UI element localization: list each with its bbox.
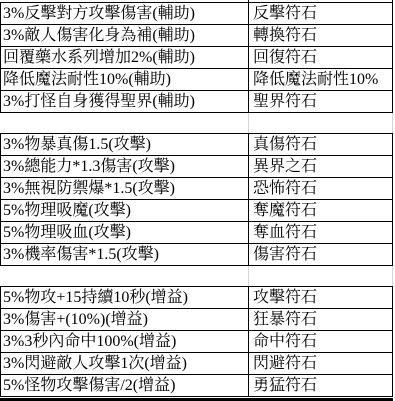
effect-cell[interactable]: 3%3秒內命中100%(增益) bbox=[1, 331, 248, 352]
table-row: 回覆藥水系列增加2%(輔助)回復符石 bbox=[1, 47, 392, 69]
table-row: 3%敵人傷害化身為補(輔助)轉換符石 bbox=[1, 25, 392, 47]
gap-right-area bbox=[248, 266, 393, 286]
table-row: 3%閃避敵人攻擊1次(增益)閃避符石 bbox=[1, 353, 392, 375]
table-row: 3%無視防禦爆*1.5(攻擊)恐怖符石 bbox=[1, 178, 392, 200]
gap-right-area bbox=[248, 113, 393, 133]
gap-left-area bbox=[0, 113, 248, 133]
table-section-auxiliary: 3%反擊對方攻擊傷害(輔助)反擊符石3%敵人傷害化身為補(輔助)轉換符石回覆藥水… bbox=[0, 2, 393, 113]
section-gap bbox=[0, 113, 393, 133]
effect-cell[interactable]: 3%機率傷害*1.5(攻擊) bbox=[1, 244, 248, 265]
effect-cell[interactable]: 3%反擊對方攻擊傷害(輔助) bbox=[1, 3, 248, 24]
table-row: 5%怪物攻擊傷害/2(增益)勇猛符石 bbox=[1, 375, 392, 397]
table-row: 3%3秒內命中100%(增益)命中符石 bbox=[1, 331, 392, 353]
runestone-cell[interactable]: 奪血符石 bbox=[248, 222, 392, 243]
runestone-cell[interactable]: 奪魔符石 bbox=[248, 200, 392, 221]
runestone-cell[interactable]: 勇猛符石 bbox=[248, 375, 392, 396]
table-row: 3%傷害+(10%)(增益)狂暴符石 bbox=[1, 309, 392, 331]
table-row: 5%物攻+15持續10秒(增益)攻擊符石 bbox=[1, 287, 392, 309]
effect-cell[interactable]: 3%物暴真傷1.5(攻擊) bbox=[1, 134, 248, 155]
table-row: 3%機率傷害*1.5(攻擊)傷害符石 bbox=[1, 244, 392, 266]
table-row: 降低魔法耐性10%(輔助)降低魔法耐性10% bbox=[1, 69, 392, 91]
effect-cell[interactable]: 回覆藥水系列增加2%(輔助) bbox=[1, 47, 248, 68]
runestone-cell[interactable]: 閃避符石 bbox=[248, 353, 392, 374]
runestone-cell[interactable]: 回復符石 bbox=[248, 47, 392, 68]
table-row: 3%反擊對方攻擊傷害(輔助)反擊符石 bbox=[1, 3, 392, 25]
table-row: 3%物暴真傷1.5(攻擊)真傷符石 bbox=[1, 134, 392, 156]
effect-cell[interactable]: 3%閃避敵人攻擊1次(增益) bbox=[1, 353, 248, 374]
runestone-cell[interactable]: 聖界符石 bbox=[248, 91, 392, 112]
runestone-cell[interactable]: 傷害符石 bbox=[248, 244, 392, 265]
effect-cell[interactable]: 3%總能力*1.3傷害(攻擊) bbox=[1, 156, 248, 177]
effect-cell[interactable]: 3%打怪自身獲得聖界(輔助) bbox=[1, 91, 248, 112]
effect-cell[interactable]: 5%怪物攻擊傷害/2(增益) bbox=[1, 375, 248, 396]
runestone-table: 3%反擊對方攻擊傷害(輔助)反擊符石3%敵人傷害化身為補(輔助)轉換符石回覆藥水… bbox=[0, 0, 395, 401]
runestone-cell[interactable]: 轉換符石 bbox=[248, 25, 392, 46]
section-gap bbox=[0, 266, 393, 286]
effect-cell[interactable]: 3%傷害+(10%)(增益) bbox=[1, 309, 248, 330]
effect-cell[interactable]: 5%物理吸血(攻擊) bbox=[1, 222, 248, 243]
effect-cell[interactable]: 5%物攻+15持續10秒(增益) bbox=[1, 287, 248, 308]
runestone-cell[interactable]: 命中符石 bbox=[248, 331, 392, 352]
table-sections: 3%反擊對方攻擊傷害(輔助)反擊符石3%敵人傷害化身為補(輔助)轉換符石回覆藥水… bbox=[0, 2, 395, 397]
runestone-cell[interactable]: 狂暴符石 bbox=[248, 309, 392, 330]
table-row: 3%打怪自身獲得聖界(輔助)聖界符石 bbox=[1, 91, 392, 113]
gap-left-area bbox=[0, 266, 248, 286]
runestone-cell[interactable]: 恐怖符石 bbox=[248, 178, 392, 199]
cropped-row-edge bbox=[0, 0, 393, 2]
effect-cell[interactable]: 3%無視防禦爆*1.5(攻擊) bbox=[1, 178, 248, 199]
cropped-row-left bbox=[0, 0, 248, 2]
table-section-buff: 5%物攻+15持續10秒(增益)攻擊符石3%傷害+(10%)(增益)狂暴符石3%… bbox=[0, 286, 393, 397]
effect-cell[interactable]: 3%敵人傷害化身為補(輔助) bbox=[1, 25, 248, 46]
runestone-cell[interactable]: 攻擊符石 bbox=[248, 287, 392, 308]
cropped-row-right bbox=[248, 0, 393, 2]
runestone-cell[interactable]: 反擊符石 bbox=[248, 3, 392, 24]
table-row: 3%總能力*1.3傷害(攻擊)異界之石 bbox=[1, 156, 392, 178]
runestone-cell[interactable]: 異界之石 bbox=[248, 156, 392, 177]
effect-cell[interactable]: 降低魔法耐性10%(輔助) bbox=[1, 69, 248, 90]
effect-cell[interactable]: 5%物理吸魔(攻擊) bbox=[1, 200, 248, 221]
runestone-cell[interactable]: 降低魔法耐性10% bbox=[248, 69, 392, 90]
table-row: 5%物理吸魔(攻擊)奪魔符石 bbox=[1, 200, 392, 222]
runestone-cell[interactable]: 真傷符石 bbox=[248, 134, 392, 155]
table-section-attack: 3%物暴真傷1.5(攻擊)真傷符石3%總能力*1.3傷害(攻擊)異界之石3%無視… bbox=[0, 133, 393, 266]
table-row: 5%物理吸血(攻擊)奪血符石 bbox=[1, 222, 392, 244]
